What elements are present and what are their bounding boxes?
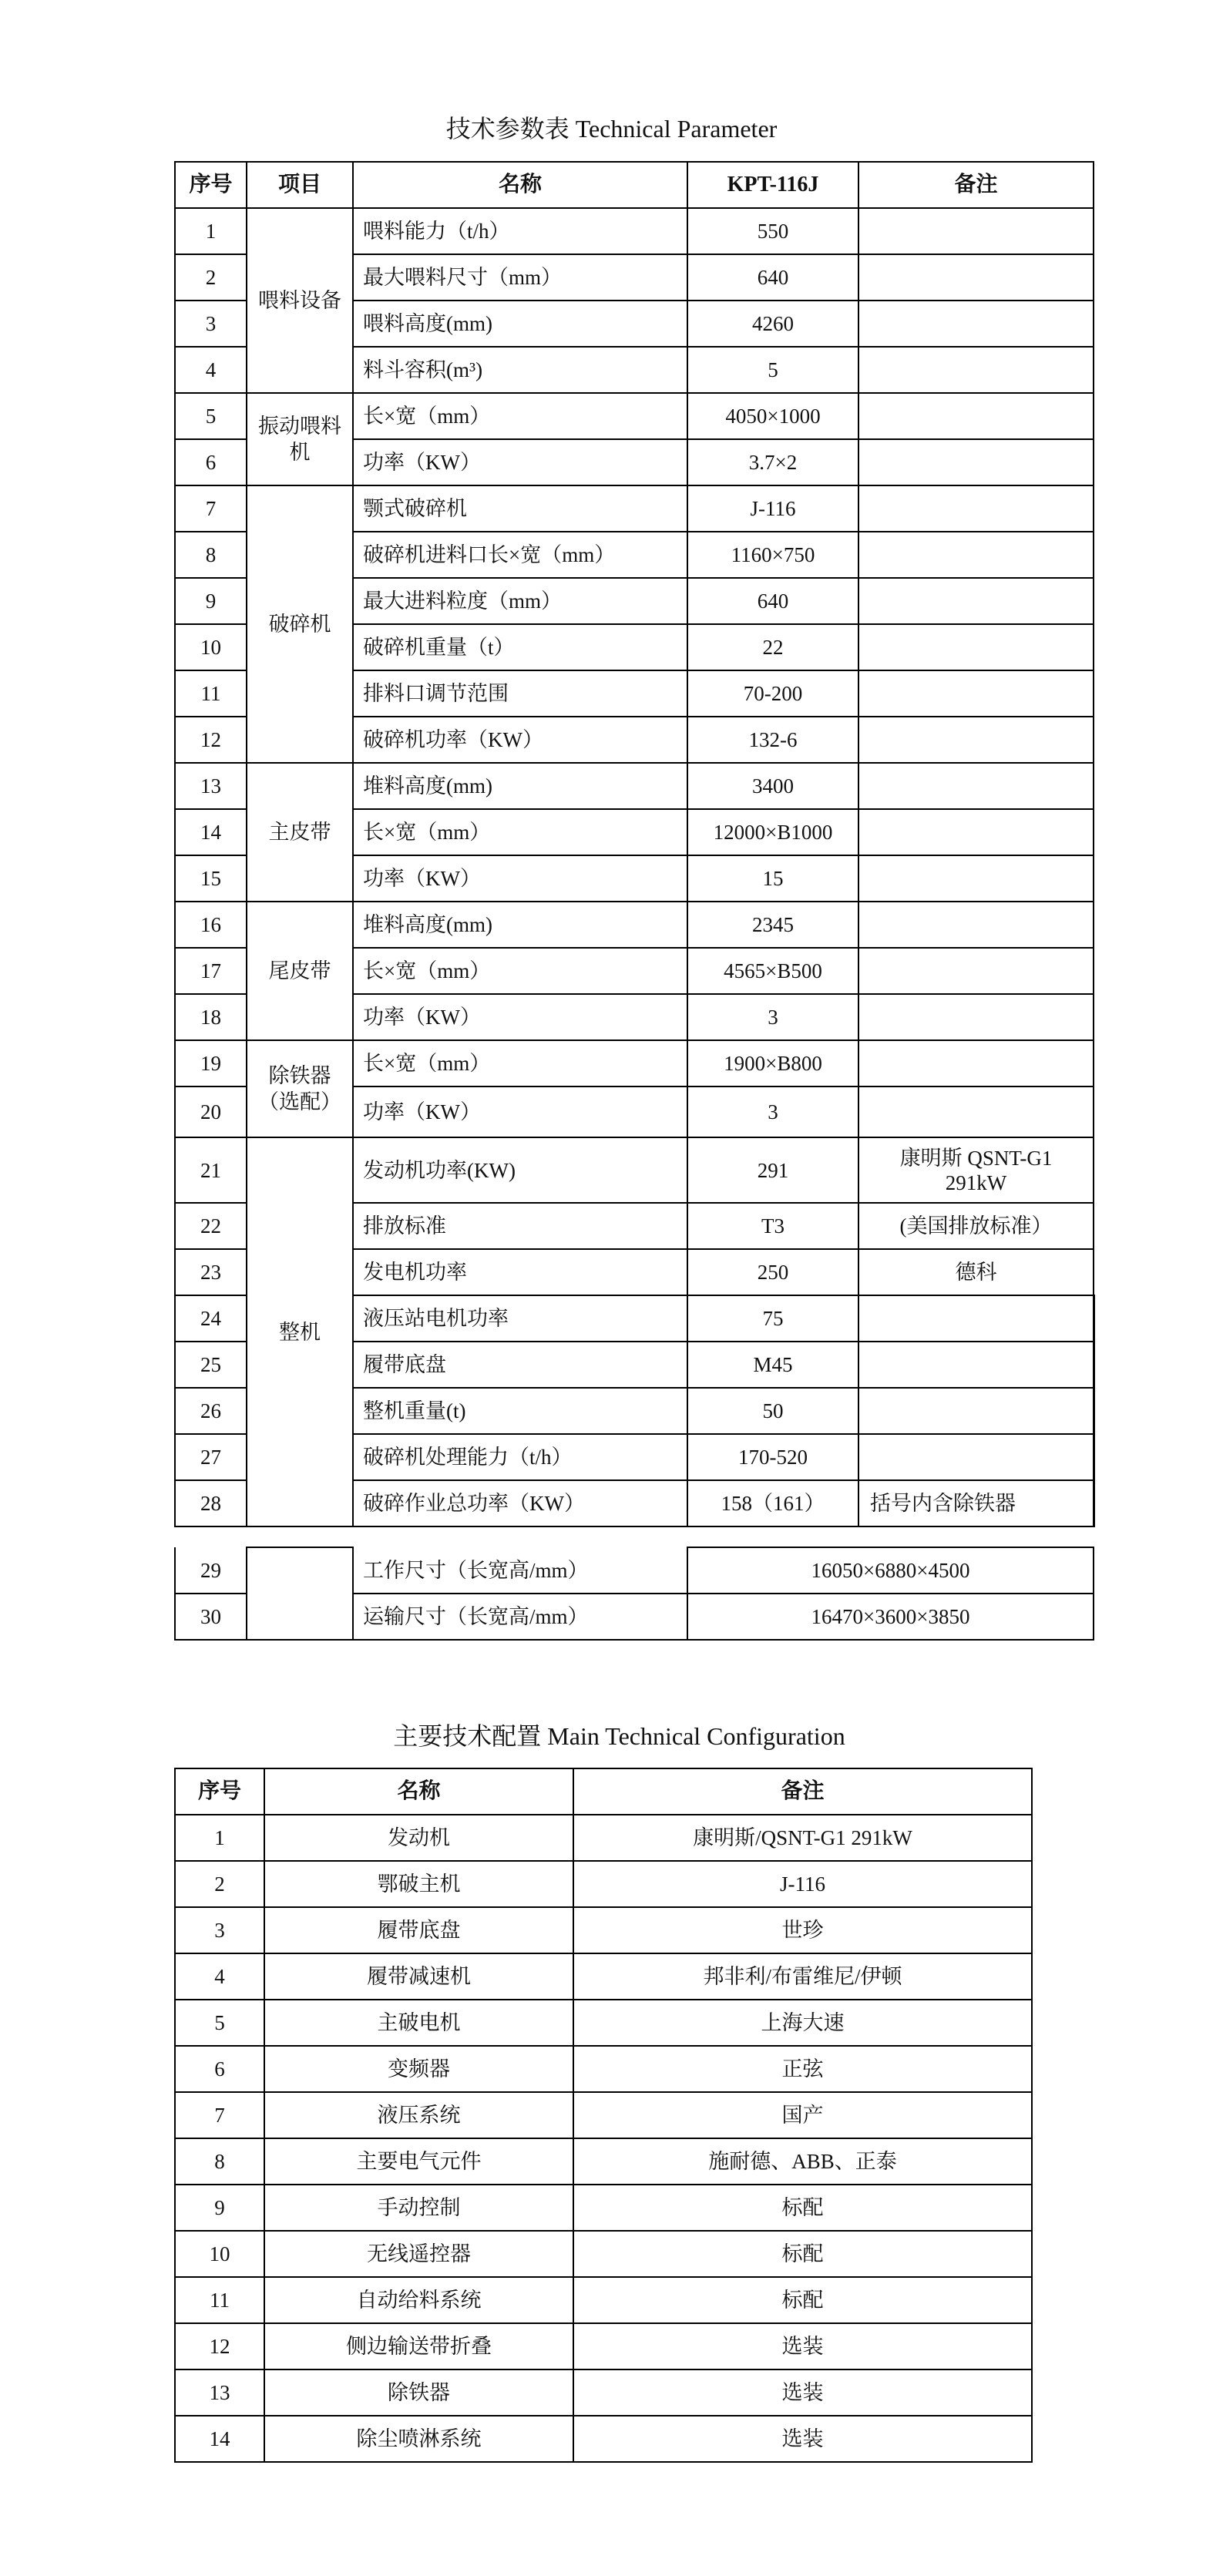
row-no: 15: [175, 855, 247, 902]
row-value: 250: [687, 1249, 858, 1295]
row-remark: J-116: [573, 1861, 1032, 1907]
row-name: 发动机: [264, 1815, 573, 1861]
config-title: 主要技术配置 Main Technical Configuration: [8, 1722, 1223, 1750]
group-empty: [247, 1547, 353, 1640]
row-no: 21: [175, 1137, 247, 1203]
table-row: 10无线遥控器标配: [175, 2231, 1032, 2277]
row-no: 5: [175, 2000, 264, 2046]
row-remark: [858, 1342, 1094, 1388]
row-remark: 括号内含除铁器: [858, 1480, 1094, 1526]
config-header-row: 序号 名称 备注: [175, 1768, 1032, 1815]
row-no: 13: [175, 2369, 264, 2416]
row-remark: [858, 1295, 1094, 1342]
row-name: 无线遥控器: [264, 2231, 573, 2277]
row-remark: 康明斯/QSNT-G1 291kW: [573, 1815, 1032, 1861]
row-no: 22: [175, 1203, 247, 1249]
row-remark: 世珍: [573, 1907, 1032, 1953]
row-value: 3: [687, 1086, 858, 1137]
group-whole-machine: 整机: [247, 1137, 353, 1526]
row-remark: 正弦: [573, 2046, 1032, 2092]
row-name: 运输尺寸（长宽高/mm）: [353, 1594, 687, 1640]
row-value: M45: [687, 1342, 858, 1388]
row-remark: 国产: [573, 2092, 1032, 2138]
row-value: 640: [687, 578, 858, 624]
row-name: 料斗容积(m³): [353, 347, 687, 393]
row-value: 22: [687, 624, 858, 670]
row-remark: 标配: [573, 2231, 1032, 2277]
row-name: 堆料高度(mm): [353, 902, 687, 948]
row-name: 履带底盘: [264, 1907, 573, 1953]
row-no: 11: [175, 2277, 264, 2323]
row-remark: [858, 393, 1094, 439]
row-value: 4050×1000: [687, 393, 858, 439]
row-value: T3: [687, 1203, 858, 1249]
row-no: 17: [175, 948, 247, 994]
row-name: 侧边输送带折叠: [264, 2323, 573, 2369]
table-row: 19 除铁器（选配） 长×宽（mm） 1900×B800: [175, 1040, 1094, 1086]
row-no: 27: [175, 1434, 247, 1480]
table-row: 7 破碎机 颚式破碎机 J-116: [175, 485, 1094, 532]
dimensions-table: 29 工作尺寸（长宽高/mm） 16050×6880×4500 30 运输尺寸（…: [174, 1547, 1094, 1641]
table-row: 5 振动喂料机 长×宽（mm） 4050×1000: [175, 393, 1094, 439]
table-row: 14除尘喷淋系统选装: [175, 2416, 1032, 2462]
row-remark: 标配: [573, 2185, 1032, 2231]
row-name: 履带减速机: [264, 1953, 573, 2000]
row-no: 13: [175, 763, 247, 809]
row-name: 液压系统: [264, 2092, 573, 2138]
row-no: 25: [175, 1342, 247, 1388]
table-row: 13除铁器选装: [175, 2369, 1032, 2416]
row-no: 24: [175, 1295, 247, 1342]
table-row: 5主破电机上海大速: [175, 2000, 1032, 2046]
row-no: 14: [175, 2416, 264, 2462]
row-remark: 标配: [573, 2277, 1032, 2323]
row-no: 2: [175, 254, 247, 301]
row-no: 18: [175, 994, 247, 1040]
row-value: 4565×B500: [687, 948, 858, 994]
row-name: 功率（KW）: [353, 994, 687, 1040]
row-value: 132-6: [687, 717, 858, 763]
row-no: 19: [175, 1040, 247, 1086]
row-name: 手动控制: [264, 2185, 573, 2231]
row-remark: [858, 763, 1094, 809]
row-no: 3: [175, 301, 247, 347]
row-name: 最大进料粒度（mm）: [353, 578, 687, 624]
row-no: 28: [175, 1480, 247, 1526]
table-row: 29 工作尺寸（长宽高/mm） 16050×6880×4500: [175, 1547, 1094, 1594]
table-row: 11自动给料系统标配: [175, 2277, 1032, 2323]
table-row: 1 喂料设备 喂料能力（t/h） 550: [175, 208, 1094, 254]
header-name: 名称: [353, 162, 687, 208]
row-name: 发电机功率: [353, 1249, 687, 1295]
row-name: 主破电机: [264, 2000, 573, 2046]
row-value: 50: [687, 1388, 858, 1434]
table-row: 3履带底盘世珍: [175, 1907, 1032, 1953]
row-name: 长×宽（mm）: [353, 809, 687, 855]
row-no: 3: [175, 1907, 264, 1953]
row-remark: 选装: [573, 2369, 1032, 2416]
row-value: 4260: [687, 301, 858, 347]
row-remark: [858, 902, 1094, 948]
row-no: 12: [175, 2323, 264, 2369]
row-name: 液压站电机功率: [353, 1295, 687, 1342]
row-name: 长×宽（mm）: [353, 948, 687, 994]
row-no: 9: [175, 578, 247, 624]
table-row: 13 主皮带 堆料高度(mm) 3400: [175, 763, 1094, 809]
params-table: 序号 项目 名称 KPT-116J 备注 1 喂料设备 喂料能力（t/h） 55…: [174, 161, 1095, 1527]
table-row: 7液压系统国产: [175, 2092, 1032, 2138]
group-feeding-equipment: 喂料设备: [247, 208, 353, 393]
row-no: 9: [175, 2185, 264, 2231]
row-no: 6: [175, 2046, 264, 2092]
row-remark: 施耐德、ABB、正泰: [573, 2138, 1032, 2185]
header-remark: 备注: [858, 162, 1094, 208]
row-name: 堆料高度(mm): [353, 763, 687, 809]
row-value: 158（161）: [687, 1480, 858, 1526]
table-row: 12侧边输送带折叠选装: [175, 2323, 1032, 2369]
row-remark: [858, 208, 1094, 254]
row-value: 15: [687, 855, 858, 902]
row-value: 12000×B1000: [687, 809, 858, 855]
row-no: 14: [175, 809, 247, 855]
row-value: 550: [687, 208, 858, 254]
row-no: 10: [175, 624, 247, 670]
table-row: 2鄂破主机J-116: [175, 1861, 1032, 1907]
row-remark: [858, 347, 1094, 393]
row-no: 7: [175, 485, 247, 532]
row-name: 鄂破主机: [264, 1861, 573, 1907]
row-name: 破碎机处理能力（t/h）: [353, 1434, 687, 1480]
row-remark: (美国排放标准）: [858, 1203, 1094, 1249]
row-remark: 邦非利/布雷维尼/伊顿: [573, 1953, 1032, 2000]
row-name: 破碎机重量（t）: [353, 624, 687, 670]
row-value: 1160×750: [687, 532, 858, 578]
row-no: 12: [175, 717, 247, 763]
row-value: 170-520: [687, 1434, 858, 1480]
table-row: 8主要电气元件施耐德、ABB、正泰: [175, 2138, 1032, 2185]
row-no: 4: [175, 1953, 264, 2000]
row-name: 发动机功率(KW): [353, 1137, 687, 1203]
row-remark: [858, 1388, 1094, 1434]
params-title: 技术参数表 Technical Parameter: [0, 115, 1223, 143]
row-name: 破碎作业总功率（KW）: [353, 1480, 687, 1526]
row-name: 自动给料系统: [264, 2277, 573, 2323]
row-no: 8: [175, 2138, 264, 2185]
row-name: 功率（KW）: [353, 1086, 687, 1137]
row-remark: [858, 994, 1094, 1040]
row-remark: [858, 301, 1094, 347]
header-item: 项目: [247, 162, 353, 208]
row-value: J-116: [687, 485, 858, 532]
row-no: 10: [175, 2231, 264, 2277]
row-no: 20: [175, 1086, 247, 1137]
row-remark: [858, 1040, 1094, 1086]
row-remark: [858, 532, 1094, 578]
row-name: 除铁器: [264, 2369, 573, 2416]
row-no: 6: [175, 439, 247, 485]
row-value: 1900×B800: [687, 1040, 858, 1086]
row-no: 30: [175, 1594, 247, 1640]
row-remark: 德科: [858, 1249, 1094, 1295]
row-name: 功率（KW）: [353, 855, 687, 902]
row-remark: [858, 254, 1094, 301]
row-remark: [858, 1086, 1094, 1137]
row-no: 5: [175, 393, 247, 439]
row-value: 3400: [687, 763, 858, 809]
row-no: 11: [175, 670, 247, 717]
row-remark: [858, 809, 1094, 855]
row-name: 整机重量(t): [353, 1388, 687, 1434]
row-value: 16050×6880×4500: [687, 1547, 1094, 1594]
table-row: 9手动控制标配: [175, 2185, 1032, 2231]
table-row: 1发动机康明斯/QSNT-G1 291kW: [175, 1815, 1032, 1861]
header-no: 序号: [175, 162, 247, 208]
row-remark: [858, 717, 1094, 763]
row-no: 26: [175, 1388, 247, 1434]
row-name: 颚式破碎机: [353, 485, 687, 532]
row-no: 29: [175, 1547, 247, 1594]
row-no: 23: [175, 1249, 247, 1295]
group-crusher: 破碎机: [247, 485, 353, 763]
row-name: 最大喂料尺寸（mm）: [353, 254, 687, 301]
header-no: 序号: [175, 1768, 264, 1815]
row-no: 2: [175, 1861, 264, 1907]
row-value: 16470×3600×3850: [687, 1594, 1094, 1640]
params-header-row: 序号 项目 名称 KPT-116J 备注: [175, 162, 1094, 208]
table-row: 21 整机 发动机功率(KW) 291 康明斯 QSNT-G1 291kW: [175, 1137, 1094, 1203]
row-remark: 康明斯 QSNT-G1 291kW: [858, 1137, 1094, 1203]
group-vibrating-feeder: 振动喂料机: [247, 393, 353, 485]
table-row: 6变频器正弦: [175, 2046, 1032, 2092]
row-remark: [858, 855, 1094, 902]
row-name: 工作尺寸（长宽高/mm）: [353, 1547, 687, 1594]
row-name: 长×宽（mm）: [353, 1040, 687, 1086]
config-table: 序号 名称 备注 1发动机康明斯/QSNT-G1 291kW2鄂破主机J-116…: [174, 1768, 1033, 2463]
group-iron-remover: 除铁器（选配）: [247, 1040, 353, 1137]
row-name: 破碎机功率（KW）: [353, 717, 687, 763]
row-remark: [858, 1434, 1094, 1480]
row-no: 1: [175, 1815, 264, 1861]
header-name: 名称: [264, 1768, 573, 1815]
row-name: 破碎机进料口长×宽（mm）: [353, 532, 687, 578]
row-no: 1: [175, 208, 247, 254]
row-remark: [858, 485, 1094, 532]
row-name: 长×宽（mm）: [353, 393, 687, 439]
row-no: 8: [175, 532, 247, 578]
row-name: 排料口调节范围: [353, 670, 687, 717]
row-name: 喂料能力（t/h）: [353, 208, 687, 254]
row-remark: [858, 578, 1094, 624]
row-name: 功率（KW）: [353, 439, 687, 485]
row-name: 变频器: [264, 2046, 573, 2092]
row-name: 喂料高度(mm): [353, 301, 687, 347]
row-remark: [858, 670, 1094, 717]
header-remark: 备注: [573, 1768, 1032, 1815]
row-remark: 选装: [573, 2323, 1032, 2369]
row-value: 640: [687, 254, 858, 301]
row-name: 履带底盘: [353, 1342, 687, 1388]
group-main-belt: 主皮带: [247, 763, 353, 902]
row-no: 7: [175, 2092, 264, 2138]
table-row: 4履带减速机邦非利/布雷维尼/伊顿: [175, 1953, 1032, 2000]
row-value: 70-200: [687, 670, 858, 717]
row-remark: [858, 624, 1094, 670]
row-value: 3: [687, 994, 858, 1040]
row-value: 5: [687, 347, 858, 393]
row-name: 除尘喷淋系统: [264, 2416, 573, 2462]
group-tail-belt: 尾皮带: [247, 902, 353, 1040]
row-value: 291: [687, 1137, 858, 1203]
row-remark: 上海大速: [573, 2000, 1032, 2046]
row-name: 主要电气元件: [264, 2138, 573, 2185]
row-no: 16: [175, 902, 247, 948]
row-no: 4: [175, 347, 247, 393]
row-value: 2345: [687, 902, 858, 948]
row-value: 75: [687, 1295, 858, 1342]
header-model: KPT-116J: [687, 162, 858, 208]
row-name: 排放标准: [353, 1203, 687, 1249]
row-value: 3.7×2: [687, 439, 858, 485]
row-remark: [858, 439, 1094, 485]
row-remark: [858, 948, 1094, 994]
row-remark: 选装: [573, 2416, 1032, 2462]
table-row: 16 尾皮带 堆料高度(mm) 2345: [175, 902, 1094, 948]
